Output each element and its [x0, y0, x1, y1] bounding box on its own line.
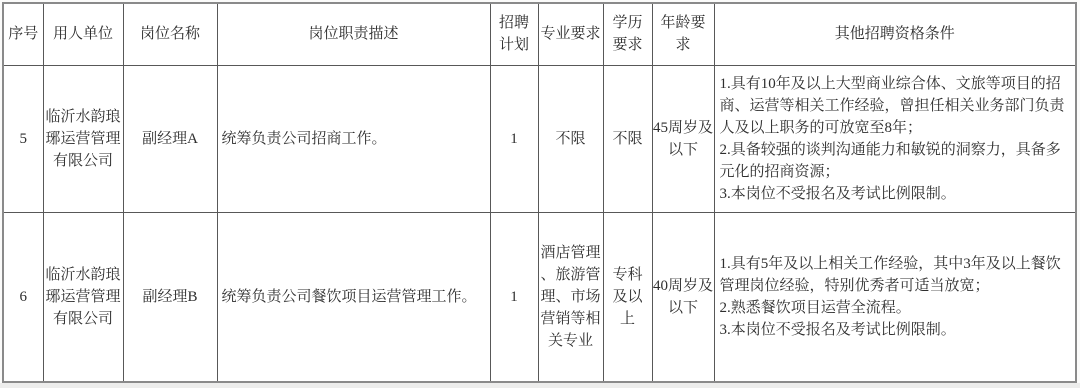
cell-duties: 统筹负责公司招商工作。: [217, 65, 490, 212]
other-condition-item: 3.本岗位不受报名及考试比例限制。: [720, 319, 1070, 341]
header-age-req: 年龄要求: [652, 3, 714, 65]
cell-seq: 6: [3, 212, 43, 382]
cell-major-req: 酒店管理、旅游管理、市场营销等相关专业: [538, 212, 603, 382]
cell-seq: 5: [3, 65, 43, 212]
cell-position-name: 副经理B: [123, 212, 217, 382]
cell-plan-count: 1: [490, 212, 538, 382]
cell-employer: 临沂水韵琅琊运营管理有限公司: [43, 65, 123, 212]
recruitment-table: 序号 用人单位 岗位名称 岗位职责描述 招聘计划 专业要求 学历要求 年龄要求 …: [2, 2, 1077, 383]
header-employer: 用人单位: [43, 3, 123, 65]
other-condition-item: 1.具有5年及以上相关工作经验，其中3年及以上餐饮管理岗位经验，特别优秀者可适当…: [720, 253, 1070, 297]
cell-age-req: 40周岁及以下: [652, 212, 714, 382]
header-education-req: 学历要求: [603, 3, 652, 65]
cell-plan-count: 1: [490, 65, 538, 212]
cell-other-conditions: 1.具有10年及以上大型商业综合体、文旅等项目的招商、运营等相关工作经验，曾担任…: [714, 65, 1076, 212]
other-condition-item: 2.熟悉餐饮项目运营全流程。: [720, 297, 1070, 319]
cell-position-name: 副经理A: [123, 65, 217, 212]
cell-education-req: 专科及以上: [603, 212, 652, 382]
cell-education-req: 不限: [603, 65, 652, 212]
header-major-req: 专业要求: [538, 3, 603, 65]
cell-major-req: 不限: [538, 65, 603, 212]
other-condition-item: 3.本岗位不受报名及考试比例限制。: [720, 183, 1070, 205]
header-other-conditions: 其他招聘资格条件: [714, 3, 1076, 65]
header-seq: 序号: [3, 3, 43, 65]
table-header-row: 序号 用人单位 岗位名称 岗位职责描述 招聘计划 专业要求 学历要求 年龄要求 …: [3, 3, 1076, 65]
other-condition-item: 1.具有10年及以上大型商业综合体、文旅等项目的招商、运营等相关工作经验，曾担任…: [720, 73, 1070, 139]
cell-other-conditions: 1.具有5年及以上相关工作经验，其中3年及以上餐饮管理岗位经验，特别优秀者可适当…: [714, 212, 1076, 382]
other-condition-item: 2.具备较强的谈判沟通能力和敏锐的洞察力，具备多元化的招商资源；: [720, 139, 1070, 183]
header-plan-count: 招聘计划: [490, 3, 538, 65]
cell-duties: 统筹负责公司餐饮项目运营管理工作。: [217, 212, 490, 382]
table-row-6: 6 临沂水韵琅琊运营管理有限公司 副经理B 统筹负责公司餐饮项目运营管理工作。 …: [3, 212, 1076, 382]
header-duties: 岗位职责描述: [217, 3, 490, 65]
header-position-name: 岗位名称: [123, 3, 217, 65]
cell-age-req: 45周岁及以下: [652, 65, 714, 212]
page-canvas: 序号 用人单位 岗位名称 岗位职责描述 招聘计划 专业要求 学历要求 年龄要求 …: [0, 0, 1080, 388]
page-margin: [0, 383, 1080, 388]
cell-employer: 临沂水韵琅琊运营管理有限公司: [43, 212, 123, 382]
table-row-5: 5 临沂水韵琅琊运营管理有限公司 副经理A 统筹负责公司招商工作。 1 不限 不…: [3, 65, 1076, 212]
